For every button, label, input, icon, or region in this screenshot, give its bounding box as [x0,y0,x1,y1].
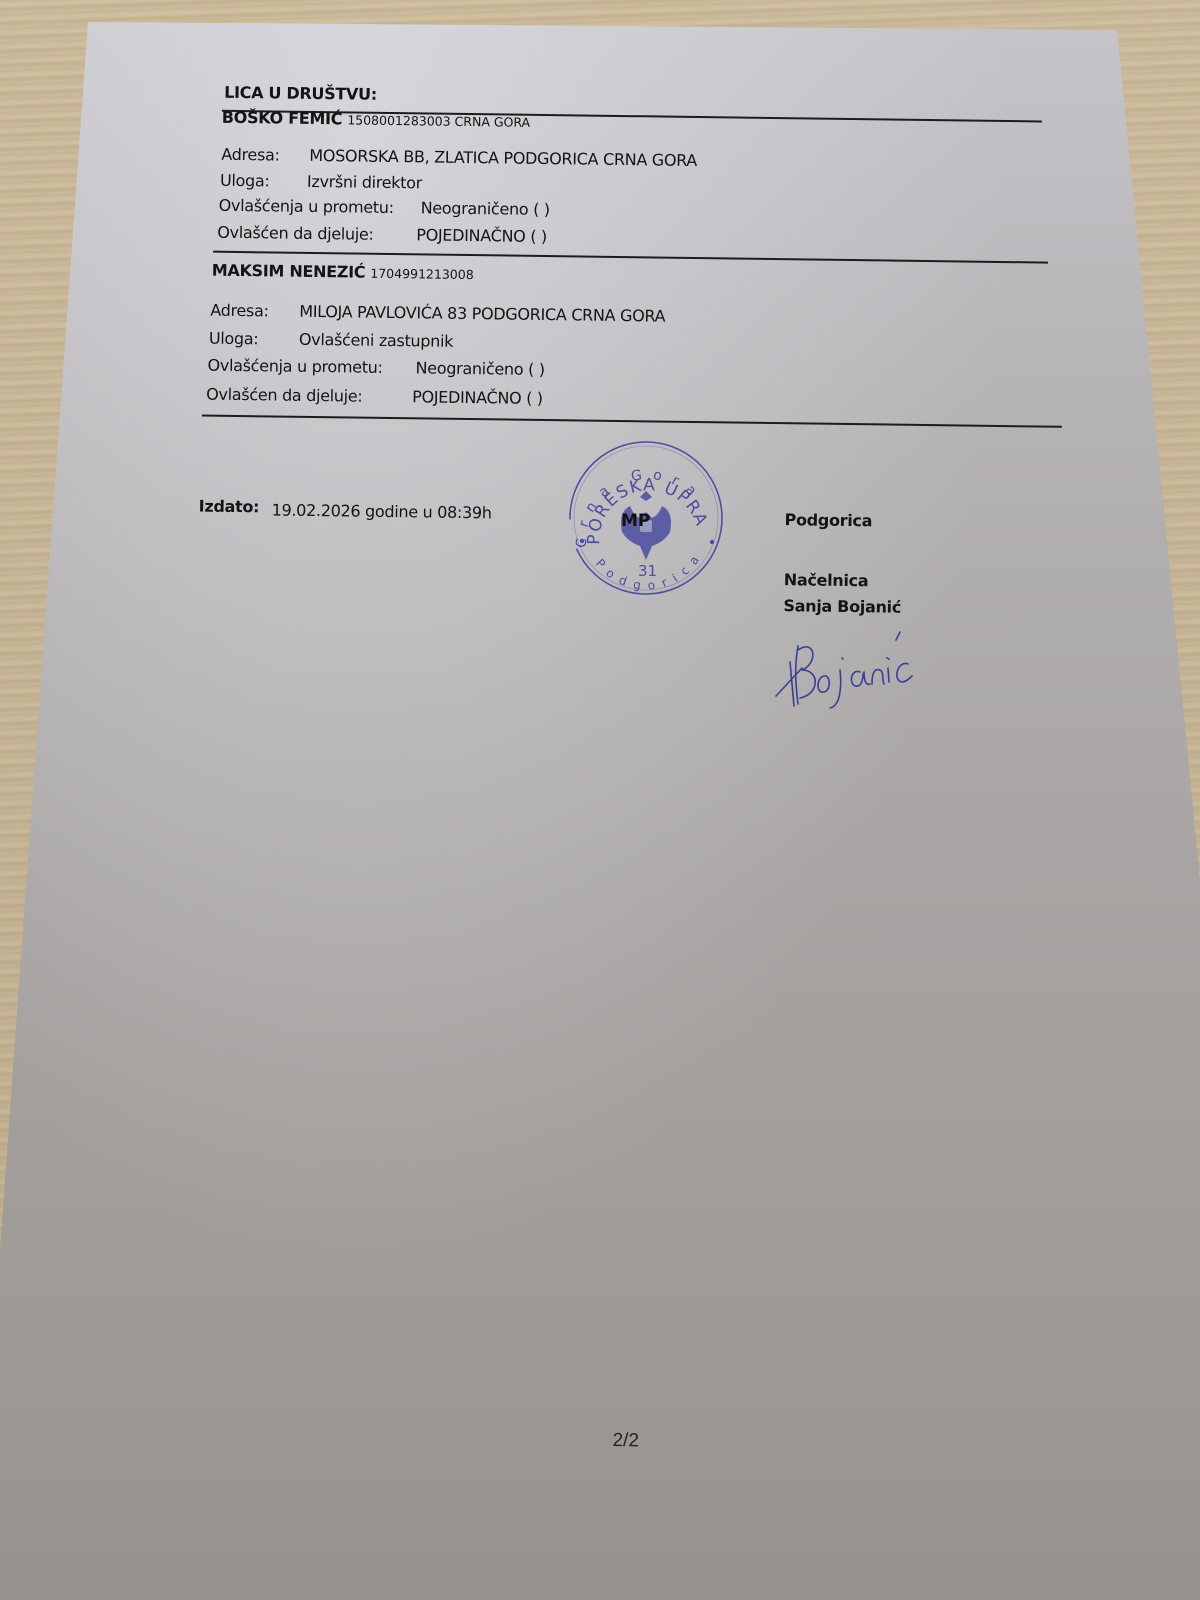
issued-label: Izdato: [199,497,260,517]
signatory-title: Načelnica [784,570,869,590]
svg-text:31: 31 [638,562,657,580]
person-name: MAKSIM NENEZIĆ [212,261,366,282]
role-value: Izvršni direktor [307,172,422,193]
address-value: MILOJA PAVLOVIĆA 83 PODGORICA CRNA GORA [299,302,665,326]
person-id: 1508001283003 CRNA GORA [347,112,530,129]
authority-label: Ovlašćenja u prometu: [207,356,382,377]
signatory-name: Sanja Bojanić [783,596,901,617]
role-value: Ovlašćeni zastupnik [299,330,453,351]
address-value: MOSORSKA BB, ZLATICA PODGORICA CRNA GORA [309,146,697,170]
person-entry: BOŠKO FEMIĆ 1508001283003 CRNA GORA Adre… [3,0,1200,8]
address-label: Adresa: [210,301,269,321]
section-title: LICA U DRUŠTVU: [224,83,377,104]
authority-value: Neograničeno ( ) [415,358,544,379]
acts-value: POJEDINAČNO ( ) [416,225,547,246]
stamp-label: MP [621,511,650,531]
person-id: 1704991213008 [370,266,474,282]
authority-value: Neograničeno ( ) [421,198,550,219]
person-entry: MAKSIM NENEZIĆ 1704991213008 Adresa: MIL… [3,0,1200,8]
authority-label: Ovlašćenja u prometu: [219,196,394,217]
document: LICA U DRUŠTVU: BOŠKO FEMIĆ 150800128300… [0,0,1200,1600]
role-label: Uloga: [209,329,259,349]
divider [202,415,1062,428]
role-label: Uloga: [220,171,270,191]
acts-value: POJEDINAČNO ( ) [412,387,543,408]
acts-label: Ovlašćen da djeluje: [217,223,374,244]
place: Podgorica [784,510,872,530]
acts-label: Ovlašćen da djeluje: [206,385,363,406]
address-label: Adresa: [221,145,280,165]
page-number: 2/2 [612,1430,639,1452]
person-name: BOŠKO FEMIĆ [222,108,343,129]
issued-value: 19.02.2026 godine u 08:39h [272,500,492,522]
official-stamp-icon: Crna Gora PORESKA UPRAVA Podgorica 31 MP [560,436,730,606]
signature-icon [768,628,918,718]
